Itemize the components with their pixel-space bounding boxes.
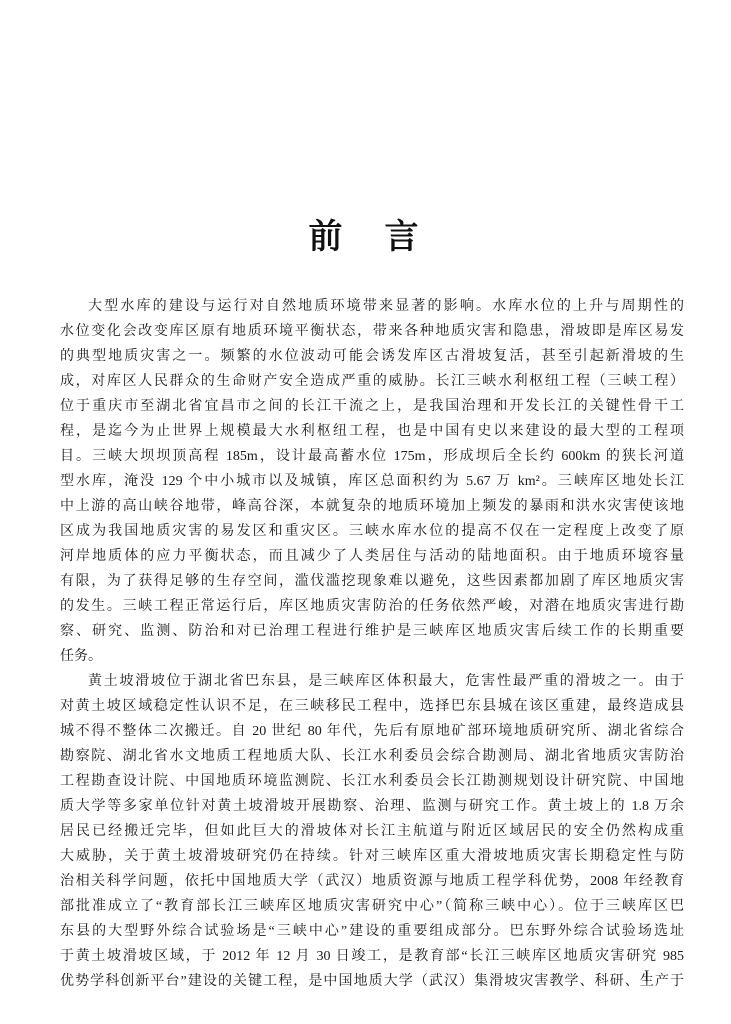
text-line: 对黄土坡区域稳定性认识不足，在三峡移民工程中，选择巴东县城在该区重建，最终造成县 [60,694,684,719]
text-line: 于黄土坡滑坡区域，于 2012 年 12 月 30 日竣工，是教育部“长江三峡库… [60,944,684,969]
page-number: I [644,966,649,988]
text-line: 位于重庆市至湖北省宜昌市之间的长江干流之上，是我国治理和开发长江的关键性骨干工 [60,394,684,419]
text-line: 察、研究、监测、防治和对已治理工程进行维护是三峡库区地质灾害后续工作的长期重要 [60,619,684,644]
text-line: 质大学等多家单位针对黄土坡滑坡开展勘察、治理、监测与研究工作。黄土坡上的 1.8… [60,794,684,819]
text-line: 水位变化会改变库区原有地质环境平衡状态，带来各种地质灾害和隐患，滑坡即是库区易发 [60,319,684,344]
text-line: 工程勘查设计院、中国地质环境监测院、长江水利委员会长江勘测规划设计研究院、中国地 [60,769,684,794]
preface-body: 大型水库的建设与运行对自然地质环境带来显著的影响。水库水位的上升与周期性的水位变… [60,294,684,994]
text-line: 型水库，淹没 129 个中小城市以及城镇，库区总面积约为 5.67 万 km²。… [60,469,684,494]
text-line: 大威胁，关于黄土坡滑坡研究仍在持续。针对三峡库区重大滑坡地质灾害长期稳定性与防 [60,844,684,869]
text-line: 任务。 [60,644,684,669]
text-line: 东县的大型野外综合试验场是“三峡中心”建设的重要组成部分。巴东野外综合试验场选址 [60,919,684,944]
text-line: 河岸地质体的应力平衡状态，而且减少了人类居住与活动的陆地面积。由于地质环境容量 [60,544,684,569]
text-line: 治相关科学问题，依托中国地质大学（武汉）地质资源与地质工程学科优势，2008 年… [60,869,684,894]
text-line: 居民已经搬迁完毕，但如此巨大的滑坡体对长江主航道与附近区域居民的安全仍然构成重 [60,819,684,844]
text-line: 成，对库区人民群众的生命财产安全造成严重的威胁。长江三峡水利枢纽工程（三峡工程） [60,369,684,394]
text-line: 的发生。三峡工程正常运行后，库区地质灾害防治的任务依然严峻，对潜在地质灾害进行勘 [60,594,684,619]
text-line: 中上游的高山峡谷地带，峰高谷深，本就复杂的地质环境加上频发的暴雨和洪水灾害使该地 [60,494,684,519]
page-title: 前 言 [0,215,731,261]
text-line: 大型水库的建设与运行对自然地质环境带来显著的影响。水库水位的上升与周期性的 [60,294,684,319]
text-line: 目。三峡大坝坝顶高程 185m，设计最高蓄水位 175m，形成坝后全长约 600… [60,444,684,469]
text-line: 程，是迄今为止世界上规模最大水利枢纽工程，也是中国有史以来建设的最大型的工程项 [60,419,684,444]
text-line: 黄土坡滑坡位于湖北省巴东县，是三峡库区体积最大，危害性最严重的滑坡之一。由于 [60,669,684,694]
book-page: 前 言 大型水库的建设与运行对自然地质环境带来显著的影响。水库水位的上升与周期性… [0,0,731,1024]
text-line: 区成为我国地质灾害的易发区和重灾区。三峡水库水位的提高不仅在一定程度上改变了原 [60,519,684,544]
text-line: 优势学科创新平台”建设的关键工程，是中国地质大学（武汉）集滑坡灾害教学、科研、生… [60,969,684,994]
text-line: 城不得不整体二次搬迁。自 20 世纪 80 年代，先后有原地矿部环境地质研究所、… [60,719,684,744]
preface-paragraph: 大型水库的建设与运行对自然地质环境带来显著的影响。水库水位的上升与周期性的水位变… [60,294,684,669]
text-line: 部批准成立了“教育部长江三峡库区地质灾害研究中心”（简称三峡中心）。位于三峡库区… [60,894,684,919]
preface-paragraph: 黄土坡滑坡位于湖北省巴东县，是三峡库区体积最大，危害性最严重的滑坡之一。由于对黄… [60,669,684,994]
text-line: 有限，为了获得足够的生存空间，滥伐滥挖现象难以避免，这些因素都加剧了库区地质灾害 [60,569,684,594]
text-line: 勘察院、湖北省水文地质工程地质大队、长江水利委员会综合勘测局、湖北省地质灾害防治 [60,744,684,769]
text-line: 的典型地质灾害之一。频繁的水位波动可能会诱发库区古滑坡复活，甚至引起新滑坡的生 [60,344,684,369]
